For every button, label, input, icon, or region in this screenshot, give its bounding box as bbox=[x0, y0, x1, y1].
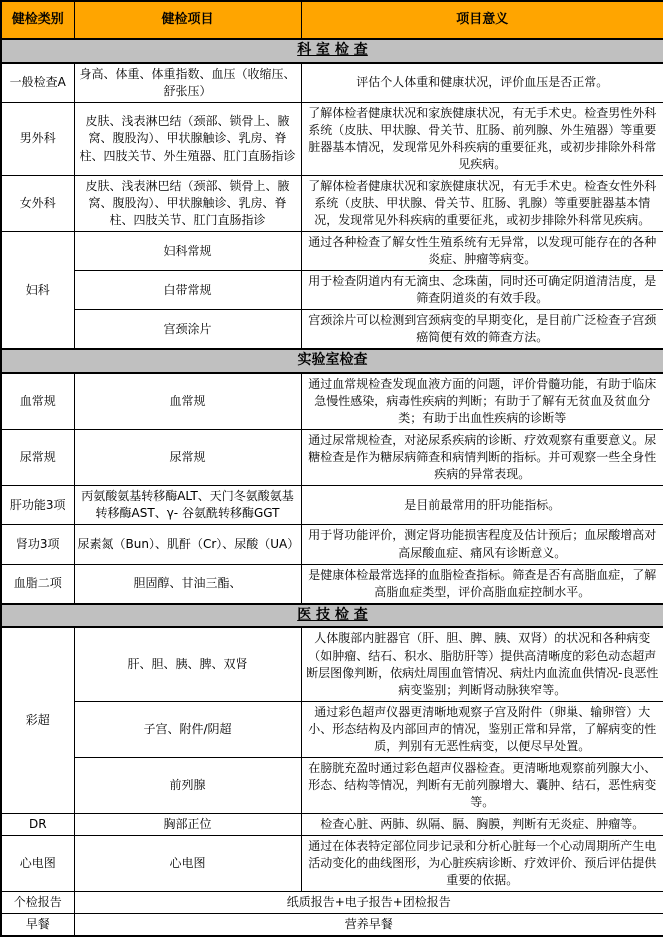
cell-liver-category: 肝功能3项 bbox=[1, 486, 74, 525]
table-row: 彩超 肝、胆、胰、脾、双肾 人体腹部内脏器官（肝、胆、脾、胰、双肾）的状况和各种… bbox=[1, 627, 663, 701]
table-row: 白带常规 用于检查阴道内有无滴虫、念珠菌，同时还可确定阴道清洁度，是筛查阴道炎的… bbox=[1, 271, 663, 310]
cell-gyn-smear-item: 宫颈涂片 bbox=[74, 310, 301, 350]
cell-lipid-meaning: 是健康体检最常选择的血脂检查指标。筛查是否有高脂血症，了解高脂血症类型，评价高脂… bbox=[301, 564, 663, 604]
cell-ultrasound-abdomen-meaning: 人体腹部内脏器官（肝、胆、脾、胰、双肾）的状况和各种病变（如肿瘤、结石、积水、脂… bbox=[301, 627, 663, 701]
cell-ultrasound-category: 彩超 bbox=[1, 627, 74, 813]
header-cell-meaning: 项目意义 bbox=[301, 1, 663, 39]
cell-general-meaning: 评估个人体重和健康状况，评价血压是否正常。 bbox=[301, 63, 663, 103]
cell-kidney-item: 尿素氮（Bun）、肌酐（Cr）、尿酸（UA） bbox=[74, 525, 301, 564]
cell-gyn-routine-meaning: 通过各种检查了解女性生殖系统有无异常，以发现可能存在的各种炎症、肿瘤等病变。 bbox=[301, 232, 663, 271]
section-title-medical-tech: 医 技 检 查 bbox=[1, 604, 663, 628]
cell-ecg-category: 心电图 bbox=[1, 835, 74, 891]
cell-ultrasound-prostate-item: 前列腺 bbox=[74, 757, 301, 813]
cell-lipid-category: 血脂二项 bbox=[1, 564, 74, 604]
cell-male-surgery-meaning: 了解体检者健康状况和家族健康状况，有无手术史。检查男性外科系统（皮肤、甲状腺、骨… bbox=[301, 102, 663, 175]
cell-ecg-meaning: 通过在体表特定部位同步记录和分析心脏每一个心动周期所产生电活动变化的曲线图形，为… bbox=[301, 835, 663, 891]
section-title-department: 科 室 检 查 bbox=[1, 39, 663, 63]
cell-breakfast-category: 早餐 bbox=[1, 913, 74, 936]
cell-ultrasound-prostate-meaning: 在膀胱充盈时通过彩色超声仪器检查。更清晰地观察前列腺大小、形态、结构等情况，判断… bbox=[301, 757, 663, 813]
table-row: 女外科 皮肤、浅表淋巴结（颈部、锁骨上、腋窝、腹股沟）、甲状腺触诊、乳房、脊柱、… bbox=[1, 176, 663, 232]
section-title-laboratory: 实验室检查 bbox=[1, 349, 663, 373]
table-row: 血脂二项 胆固醇、甘油三酯、 是健康体检最常选择的血脂检查指标。筛查是否有高脂血… bbox=[1, 564, 663, 604]
cell-kidney-category: 肾功3项 bbox=[1, 525, 74, 564]
table-row: DR 胸部正位 检查心脏、两肺、纵隔、膈、胸膜，判断有无炎症、肿瘤等。 bbox=[1, 813, 663, 835]
table-row: 宫颈涂片 宫颈涂片可以检测到宫颈病变的早期变化，是目前广泛检查子宫颈癌简便有效的… bbox=[1, 310, 663, 350]
cell-gyn-routine-item: 妇科常规 bbox=[74, 232, 301, 271]
section-header-department: 科 室 检 查 bbox=[1, 39, 663, 63]
cell-report-content: 纸质报告+电子报告+团检报告 bbox=[74, 891, 663, 913]
cell-gyn-smear-meaning: 宫颈涂片可以检测到宫颈病变的早期变化，是目前广泛检查子宫颈癌简便有效的筛查方法。 bbox=[301, 310, 663, 350]
cell-blood-category: 血常规 bbox=[1, 373, 74, 430]
cell-blood-meaning: 通过血常规检查发现血液方面的问题，评价骨髓功能，有助于临床急慢性感染，病毒性疾病… bbox=[301, 373, 663, 430]
cell-gyn-leucorrhea-item: 白带常规 bbox=[74, 271, 301, 310]
cell-female-surgery-category: 女外科 bbox=[1, 176, 74, 232]
cell-urine-category: 尿常规 bbox=[1, 430, 74, 486]
header-cell-category: 健检类别 bbox=[1, 1, 74, 39]
cell-report-category: 个检报告 bbox=[1, 891, 74, 913]
cell-blood-item: 血常规 bbox=[74, 373, 301, 430]
table-row: 个检报告 纸质报告+电子报告+团检报告 bbox=[1, 891, 663, 913]
table-row: 一般检查A 身高、体重、体重指数、血压（收缩压、舒张压） 评估个人体重和健康状况… bbox=[1, 63, 663, 103]
cell-lipid-item: 胆固醇、甘油三酯、 bbox=[74, 564, 301, 604]
cell-dr-meaning: 检查心脏、两肺、纵隔、膈、胸膜，判断有无炎症、肿瘤等。 bbox=[301, 813, 663, 835]
cell-dr-category: DR bbox=[1, 813, 74, 835]
cell-dr-item: 胸部正位 bbox=[74, 813, 301, 835]
table-row: 尿常规 尿常规 通过尿常规检查，对泌尿系疾病的诊断、疗效观察有重要意义。尿糖检查… bbox=[1, 430, 663, 486]
table-header-row: 健检类别 健检项目 项目意义 bbox=[1, 1, 663, 39]
cell-liver-item: 丙氨酸氨基转移酶ALT、天门冬氨酸氨基转移酶AST、γ- 谷氨酰转移酶GGT bbox=[74, 486, 301, 525]
table-row: 肝功能3项 丙氨酸氨基转移酶ALT、天门冬氨酸氨基转移酶AST、γ- 谷氨酰转移… bbox=[1, 486, 663, 525]
cell-male-surgery-category: 男外科 bbox=[1, 102, 74, 175]
header-cell-item: 健检项目 bbox=[74, 1, 301, 39]
cell-gyn-category: 妇科 bbox=[1, 232, 74, 350]
cell-ecg-item: 心电图 bbox=[74, 835, 301, 891]
table-row: 妇科 妇科常规 通过各种检查了解女性生殖系统有无异常，以发现可能存在的各种炎症、… bbox=[1, 232, 663, 271]
table-row: 子宫、附件/阴超 通过彩色超声仪器更清晰地观察子宫及附件（卵巢、输卵管）大小、形… bbox=[1, 701, 663, 757]
cell-urine-meaning: 通过尿常规检查，对泌尿系疾病的诊断、疗效观察有重要意义。尿糖检查是作为糖尿病筛查… bbox=[301, 430, 663, 486]
cell-female-surgery-item: 皮肤、浅表淋巴结（颈部、锁骨上、腋窝、腹股沟）、甲状腺触诊、乳房、脊柱、四肢关节… bbox=[74, 176, 301, 232]
cell-female-surgery-meaning: 了解体检者健康状况和家族健康状况，有无手术史。检查女性外科系统（皮肤、甲状腺、骨… bbox=[301, 176, 663, 232]
cell-urine-item: 尿常规 bbox=[74, 430, 301, 486]
cell-male-surgery-item: 皮肤、浅表淋巴结（颈部、锁骨上、腋窝、腹股沟）、甲状腺触诊、乳房、脊柱、四肢关节… bbox=[74, 102, 301, 175]
cell-kidney-meaning: 用于肾功能评价，测定肾功能损害程度及估计预后；血尿酸增高对高尿酸血症、痛风有诊断… bbox=[301, 525, 663, 564]
cell-breakfast-content: 营养早餐 bbox=[74, 913, 663, 936]
cell-gyn-leucorrhea-meaning: 用于检查阴道内有无滴虫、念珠菌，同时还可确定阴道清洁度，是筛查阴道炎的有效手段。 bbox=[301, 271, 663, 310]
section-header-laboratory: 实验室检查 bbox=[1, 349, 663, 373]
cell-general-item: 身高、体重、体重指数、血压（收缩压、舒张压） bbox=[74, 63, 301, 103]
table-row: 心电图 心电图 通过在体表特定部位同步记录和分析心脏每一个心动周期所产生电活动变… bbox=[1, 835, 663, 891]
table-row: 血常规 血常规 通过血常规检查发现血液方面的问题，评价骨髓功能，有助于临床急慢性… bbox=[1, 373, 663, 430]
cell-ultrasound-uterus-meaning: 通过彩色超声仪器更清晰地观察子宫及附件（卵巢、输卵管）大小、形态结构及内部回声的… bbox=[301, 701, 663, 757]
cell-ultrasound-abdomen-item: 肝、胆、胰、脾、双肾 bbox=[74, 627, 301, 701]
table-row: 前列腺 在膀胱充盈时通过彩色超声仪器检查。更清晰地观察前列腺大小、形态、结构等情… bbox=[1, 757, 663, 813]
health-checkup-table: 健检类别 健检项目 项目意义 科 室 检 查 一般检查A 身高、体重、体重指数、… bbox=[0, 0, 663, 937]
table-row: 肾功3项 尿素氮（Bun）、肌酐（Cr）、尿酸（UA） 用于肾功能评价，测定肾功… bbox=[1, 525, 663, 564]
cell-general-category: 一般检查A bbox=[1, 63, 74, 103]
health-checkup-page: 健检类别 健检项目 项目意义 科 室 检 查 一般检查A 身高、体重、体重指数、… bbox=[0, 0, 663, 937]
cell-liver-meaning: 是目前最常用的肝功能指标。 bbox=[301, 486, 663, 525]
table-row: 男外科 皮肤、浅表淋巴结（颈部、锁骨上、腋窝、腹股沟）、甲状腺触诊、乳房、脊柱、… bbox=[1, 102, 663, 175]
section-header-medical-tech: 医 技 检 查 bbox=[1, 604, 663, 628]
table-row: 早餐 营养早餐 bbox=[1, 913, 663, 936]
cell-ultrasound-uterus-item: 子宫、附件/阴超 bbox=[74, 701, 301, 757]
